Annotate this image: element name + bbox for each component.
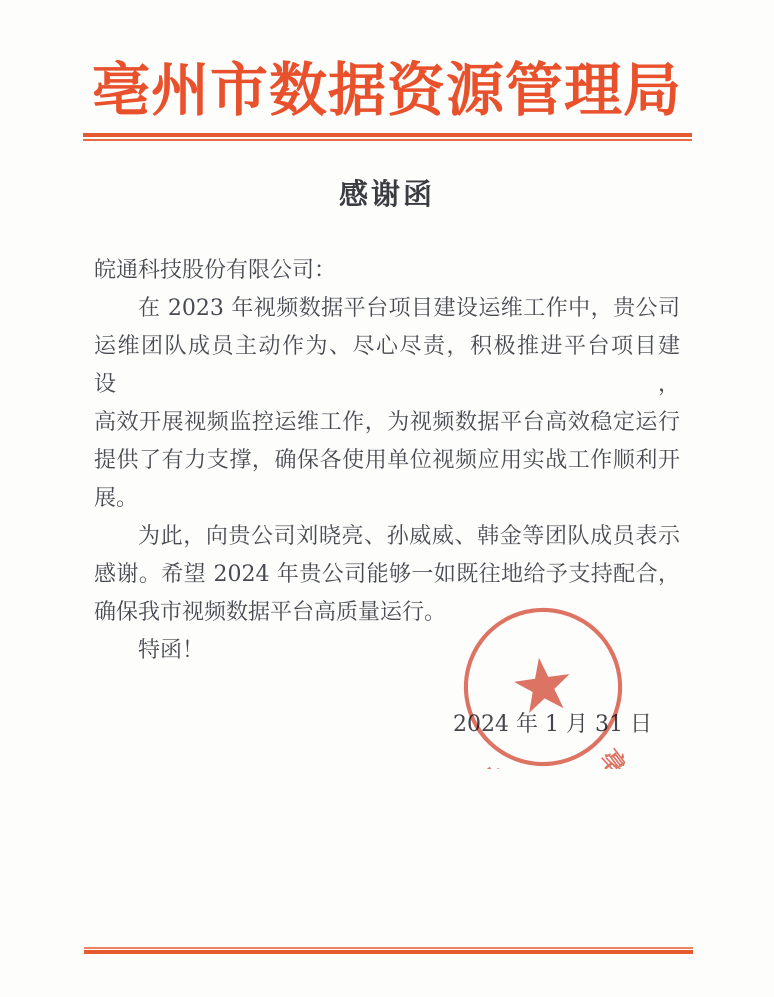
salutation-line: 皖通科技股份有限公司： (94, 252, 680, 290)
scanned-letter-page: 亳州市数据资源管理局 感谢函 皖通科技股份有限公司： 在 2023 年视频数据平… (0, 0, 774, 997)
body-line-4: 提供了有力支撑，确保各使用单位视频应用实战工作顺利开 (94, 442, 680, 480)
letter-title: 感谢函 (0, 179, 774, 209)
body-line-2: 运维团队成员主动作为、尽心尽责，积极推进平台项目建设， (94, 328, 680, 404)
letterhead-rule-thick (83, 133, 692, 137)
seal-ring-text: 亳州市数据资源管理局 (470, 741, 625, 769)
body-line-3: 高效开展视频监控运维工作，为视频数据平台高效稳定运行 (94, 404, 680, 442)
date-line: 2024 年 1 月 31 日 (453, 712, 652, 738)
body-line-1: 在 2023 年视频数据平台项目建设运维工作中，贵公司 (94, 290, 680, 328)
body-line-8: 确保我市视频数据平台高质量运行。 (94, 594, 680, 632)
letter-body: 皖通科技股份有限公司： 在 2023 年视频数据平台项目建设运维工作中，贵公司 … (94, 252, 680, 670)
body-line-7: 感谢。希望 2024 年贵公司能够一如既往地给予支持配合， (94, 556, 680, 594)
footer-rule-thin (84, 947, 693, 949)
footer-rule (84, 947, 693, 954)
body-line-6: 为此，向贵公司刘晓亮、孙威威、韩金等团队成员表示 (94, 518, 680, 556)
closing-line: 特函！ (94, 632, 680, 670)
letterhead-rule (83, 133, 692, 141)
seal-text-arc (493, 737, 625, 769)
body-line-5: 展。 (94, 480, 680, 518)
letterhead-rule-thin (83, 139, 692, 141)
footer-rule-thick (84, 950, 693, 954)
letterhead-org-name: 亳州市数据资源管理局 (0, 0, 774, 126)
